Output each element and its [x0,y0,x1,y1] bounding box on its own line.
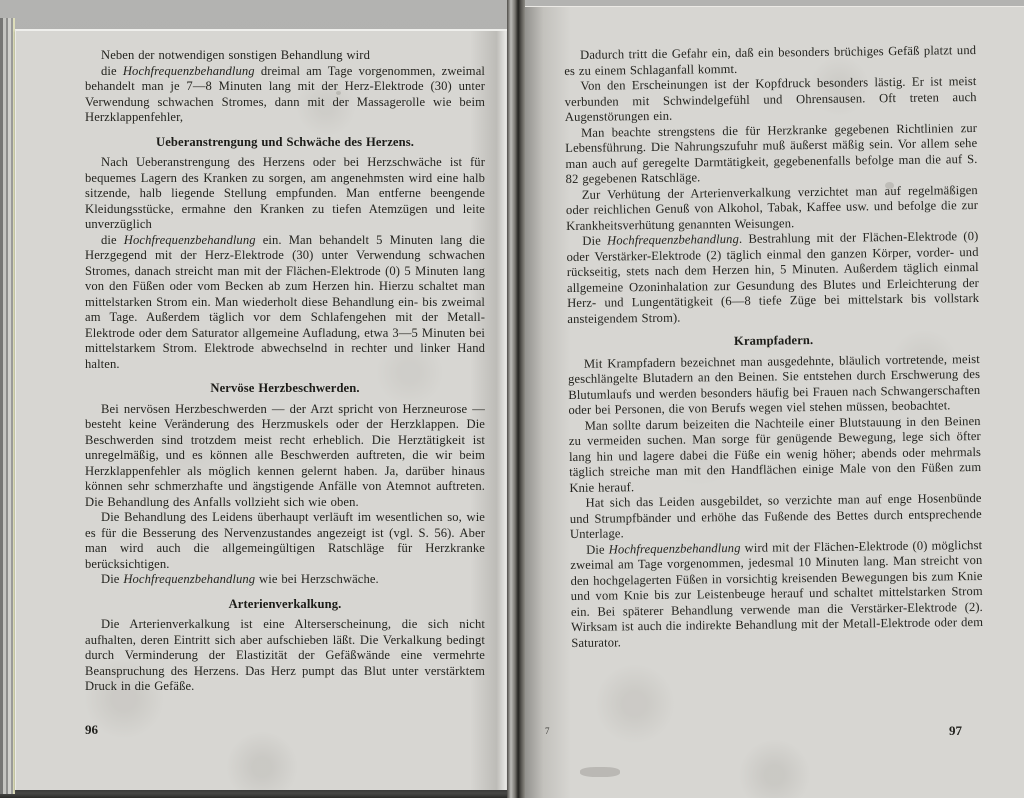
right-page-text: Dadurch tritt die Gefahr ein, daß ein be… [564,43,983,651]
paragraph: Neben der notwendigen sonstigen Behandlu… [85,48,485,64]
section-heading: Nervöse Herzbeschwerden. [85,381,485,397]
foxing-speck [336,91,341,95]
paragraph: Die Hochfrequenzbehandlung. Bestrahlung … [566,229,979,327]
foxing-speck [196,671,203,676]
paragraph: Man beachte strengstens die für Herzkran… [565,120,978,187]
paragraph: Nach Ueberanstrengung des Herzens oder b… [85,155,485,233]
section-heading: Krampfadern. [568,331,980,352]
paragraph: die Hochfrequenzbehandlung ein. Man beha… [85,233,485,373]
book-page-left: Neben der notwendigen sonstigen Behandlu… [15,29,508,790]
paragraph: Man sollte darum beizeiten die Nachteile… [569,413,982,496]
foxing-speck [885,182,894,189]
paragraph: Mit Krampfadern bezeichnet man ausgedehn… [568,351,981,418]
paragraph: Die Hochfrequenzbehandlung wird mit der … [570,537,983,651]
page-number-left: 96 [85,722,98,738]
section-heading: Ueberanstrengung und Schwäche des Herzen… [85,135,485,151]
left-page-text: Neben der notwendigen sonstigen Behandlu… [85,48,485,695]
paragraph: Von den Erscheinungen ist der Kopfdruck … [564,74,977,126]
book-gutter [507,0,525,798]
paragraph: Hat sich das Leiden ausgebildet, so verz… [570,491,983,543]
paragraph: die Hochfrequenzbehandlung dreimal am Ta… [85,64,485,126]
signature-mark: 7 [545,726,550,736]
paragraph: Zur Verhütung der Arterienverkalkung ver… [566,182,979,234]
paragraph: Dadurch tritt die Gefahr ein, daß ein be… [564,43,976,79]
page-number-right: 97 [949,723,962,739]
paragraph: Die Arterienverkalkung ist eine Alterser… [85,617,485,695]
page-stack-edges [0,18,15,794]
paragraph: Bei nervösen Herzbeschwerden — der Arzt … [85,402,485,511]
paragraph: Die Behandlung des Leidens überhaupt ver… [85,510,485,572]
book-page-right: Dadurch tritt die Gefahr ein, daß ein be… [525,6,1024,798]
section-heading: Arterienverkalkung. [85,597,485,613]
book-scan: Neben der notwendigen sonstigen Behandlu… [0,0,1024,798]
paragraph: Die Hochfrequenzbehandlung wie bei Herzs… [85,572,485,588]
foxing-speck [927,405,933,410]
ink-smudge [580,767,620,777]
